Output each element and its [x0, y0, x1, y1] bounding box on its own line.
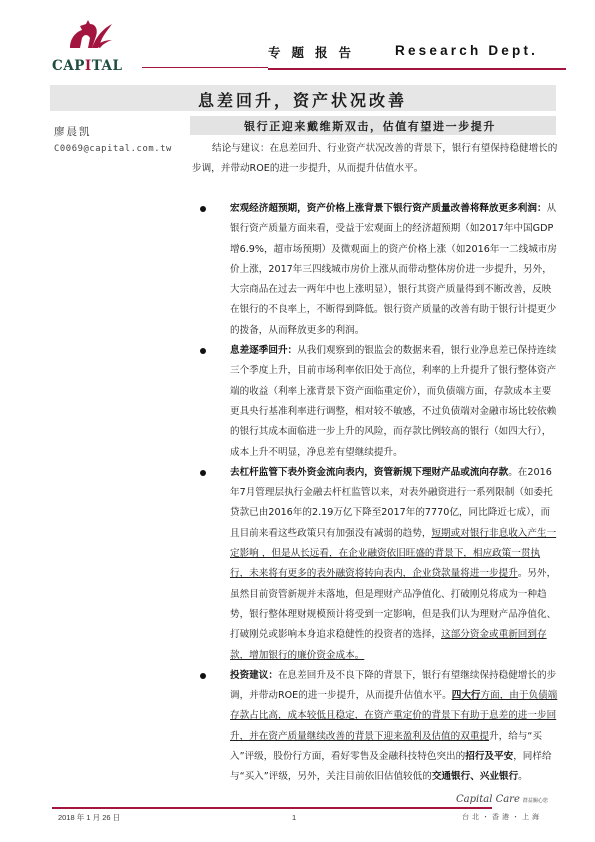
- text-segment: 息差逐季回升：: [230, 345, 297, 356]
- bullet-investment: 投资建议：在息差回升及不良下降的背景下，银行有望继续保持稳健增长的步调，并带动R…: [200, 666, 558, 788]
- bullet-text: 宏观经济超预期，资产价格上涨背景下银行资产质量改善将释放更多利润：从银行资产质量…: [230, 203, 557, 336]
- bullet-deleverage: 去杠杆监管下表外资金流向表内，资管新规下理财产品或流向存款。在2016年7月管理…: [200, 463, 558, 666]
- brand-tagline: 群益關心您: [523, 798, 548, 804]
- capital-care-logo: Capital Care群益關心您: [456, 794, 548, 805]
- brand-text: Capital Care: [456, 794, 520, 805]
- footer-cities: 台北・香港・上海: [462, 812, 542, 822]
- bullet-dot-icon: [200, 470, 206, 476]
- text-segment: 去杠杆监管下表外资金流向表内，资管新规下理财产品或流向存款: [230, 467, 508, 478]
- author-name: 廖晨凯: [54, 124, 92, 139]
- text-segment: 投资建议：: [230, 670, 278, 681]
- text-segment: 招行及平安: [465, 751, 513, 762]
- bullet-text: 去杠杆监管下表外资金流向表内，资管新规下理财产品或流向存款。在2016年7月管理…: [230, 467, 556, 661]
- report-title-bar: 息差回升，资产状况改善: [50, 85, 556, 111]
- text-segment: 从银行资产质量方面来看，受益于宏观面上的经济超预期（如2017年中国GDP增6.…: [230, 203, 557, 336]
- logo-wordmark: CAPITAL: [52, 58, 122, 74]
- text-segment: 。: [518, 771, 528, 782]
- dept-title-cn: 专题报告: [268, 43, 362, 61]
- text-segment: 交通银行、兴业银行: [432, 771, 518, 782]
- author-email[interactable]: C0069@capital.com.tw: [54, 144, 172, 154]
- report-subtitle: 银行正迎来戴维斯双击，估值有望进一步提升: [244, 118, 496, 134]
- header-rule: [268, 68, 566, 70]
- conclusion-paragraph: 结论与建议：在息差回升、行业资产状况改善的背景下，银行有望保持稳健增长的步调，并…: [192, 139, 558, 180]
- bullet-margin: 息差逐季回升：从我们观察到的银监会的数据来看，银行业净息差已保持连续三个季度上升…: [200, 341, 558, 463]
- bullet-text: 息差逐季回升：从我们观察到的银监会的数据来看，银行业净息差已保持连续三个季度上升…: [230, 345, 556, 457]
- bullet-macro: 宏观经济超预期，资产价格上涨背景下银行资产质量改善将释放更多利润：从银行资产质量…: [200, 199, 558, 341]
- capital-logo: CAPITAL: [52, 18, 142, 70]
- key-points-list: 宏观经济超预期，资产价格上涨背景下银行资产质量改善将释放更多利润：从银行资产质量…: [200, 199, 558, 788]
- report-title: 息差回升，资产状况改善: [198, 88, 407, 111]
- text-segment: 四大行: [452, 690, 481, 701]
- bullet-dot-icon: [200, 348, 206, 354]
- text-segment: 宏观经济超预期，资产价格上涨背景下银行资产质量改善将释放更多利润：: [230, 203, 547, 214]
- header-rule-left: [142, 67, 268, 68]
- footer-date: 2018 年 1 月 26 日: [58, 812, 120, 823]
- bullet-text: 投资建议：在息差回升及不良下降的背景下，银行有望继续保持稳健增长的步调，并带动R…: [230, 670, 557, 782]
- footer-rule: [52, 807, 492, 809]
- report-subtitle-bar: 银行正迎来戴维斯双击，估值有望进一步提升: [190, 116, 556, 135]
- bullet-dot-icon: [200, 206, 206, 212]
- eagle-logo-icon: [66, 18, 114, 52]
- bullet-dot-icon: [200, 673, 206, 679]
- text-segment: 从我们观察到的银监会的数据来看，银行业净息差已保持连续三个季度上升，目前市场利率…: [230, 345, 556, 457]
- page-number: 1: [292, 813, 296, 822]
- dept-title-en: Research Dept.: [395, 43, 538, 58]
